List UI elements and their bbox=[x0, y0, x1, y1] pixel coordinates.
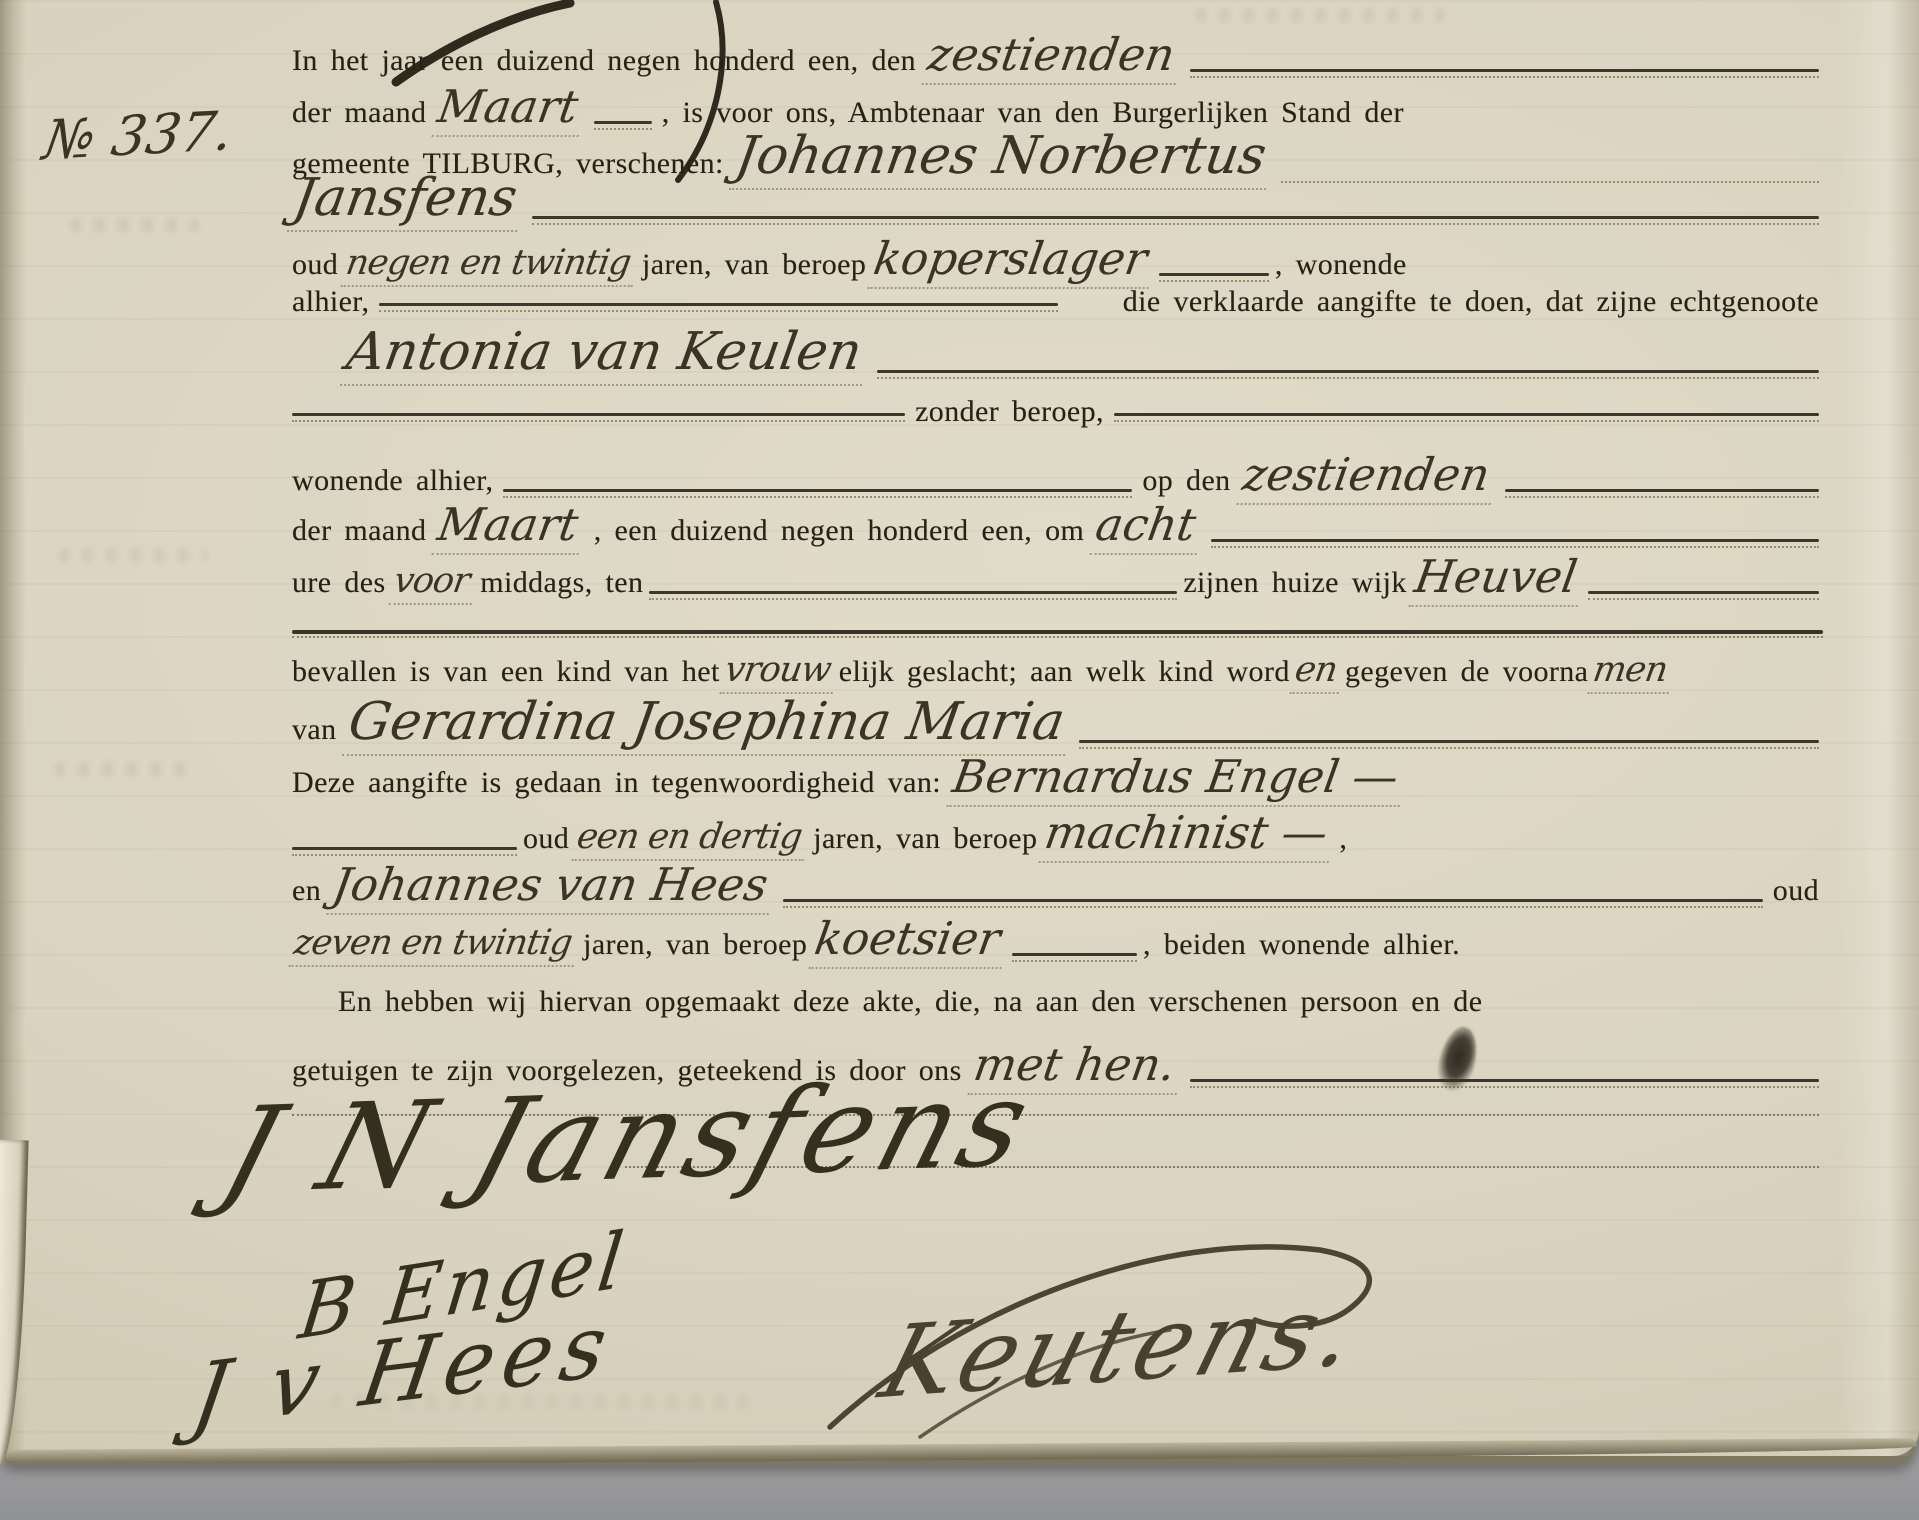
scanned-birth-register-page: № 337. In het jaar een duizend negen hon… bbox=[0, 0, 1919, 1520]
printed-text: Deze aangifte is gedaan in tegenwoordigh… bbox=[292, 766, 941, 800]
hw-day-of-registration: zestienden bbox=[921, 28, 1184, 85]
act-line-17: en Johannes van Hees oud bbox=[292, 858, 1819, 915]
hw-witness2-occupation: koetsier bbox=[809, 912, 1011, 969]
act-line-6: alhier, die verklaarde aangifte te doen,… bbox=[292, 285, 1819, 319]
ruled-line bbox=[783, 899, 1763, 908]
act-line-7: Antonia van Keulen bbox=[345, 322, 1819, 386]
printed-text: elijk geslacht; aan welk kind word bbox=[839, 655, 1290, 689]
printed-text: zonder beroep, bbox=[915, 395, 1104, 429]
act-line-10: der maand Maart , een duizend negen hond… bbox=[292, 498, 1819, 555]
ruled-line bbox=[1114, 413, 1819, 422]
hw-witness2-age: zeven en twintig bbox=[289, 923, 581, 967]
hw-mother-name: Antonia van Keulen bbox=[340, 322, 872, 386]
bleedthrough-smudge bbox=[70, 218, 200, 232]
bleedthrough-smudge bbox=[58, 548, 208, 562]
hw-word-ending: en bbox=[1289, 650, 1345, 694]
pen-dash bbox=[1012, 953, 1137, 962]
ruled-line bbox=[292, 413, 905, 422]
printed-text: , is voor ons, Ambtenaar van den Burgerl… bbox=[662, 96, 1404, 130]
printed-text: der maand bbox=[292, 96, 426, 130]
ruled-line bbox=[1505, 489, 1819, 498]
hw-witness1-name: Bernardus Engel — bbox=[946, 750, 1408, 807]
printed-text: , een duizend negen honderd een, om bbox=[594, 514, 1085, 548]
act-line-4: Jansfens bbox=[292, 168, 1819, 232]
printed-text: En hebben wij hiervan opgemaakt deze akt… bbox=[338, 985, 1482, 1019]
hw-birth-day: zestienden bbox=[1236, 448, 1499, 505]
act-line-11: ure des voor middags, ten zijnen huize w… bbox=[292, 550, 1819, 607]
act-line-18: zeven en twintig jaren, van beroep koets… bbox=[292, 912, 1819, 969]
ruled-line bbox=[379, 303, 1057, 312]
hw-daypart: voor bbox=[388, 561, 478, 605]
hw-child-sex: vrouw bbox=[719, 650, 839, 694]
act-line-15: Deze aangifte is gedaan in tegenwoordigh… bbox=[292, 750, 1819, 807]
printed-text: wonende alhier, bbox=[292, 464, 493, 498]
hw-witness1-occupation: machinist — bbox=[1039, 806, 1338, 863]
ruled-line bbox=[503, 489, 1132, 498]
printed-text: , bbox=[1339, 822, 1347, 856]
printed-text: jaren, van beroep bbox=[642, 248, 866, 282]
hw-declarant-occupation: koperslager bbox=[868, 232, 1158, 289]
ruled-line bbox=[1079, 740, 1819, 749]
ruled-line bbox=[1588, 591, 1819, 600]
act-line-5: oud negen en twintig jaren, van beroep k… bbox=[292, 232, 1819, 289]
printed-text: der maand bbox=[292, 514, 426, 548]
act-line-19: En hebben wij hiervan opgemaakt deze akt… bbox=[338, 985, 1819, 1019]
bleedthrough-smudge bbox=[54, 762, 194, 776]
printed-text: , beiden wonende alhier. bbox=[1143, 928, 1460, 962]
printed-text: jaren, van beroep bbox=[813, 822, 1037, 856]
printed-text: In het jaar een duizend negen honderd ee… bbox=[292, 44, 916, 78]
ruled-line bbox=[1190, 69, 1819, 78]
page-right-edge bbox=[1839, 0, 1919, 1456]
ruled-line bbox=[292, 847, 517, 856]
printed-text: , wonende bbox=[1275, 248, 1407, 282]
printed-text: oud bbox=[1773, 874, 1819, 908]
ruled-line bbox=[1190, 1079, 1819, 1088]
ruled-line bbox=[649, 591, 1177, 600]
hw-wijk-name: Heuvel bbox=[1408, 550, 1586, 607]
signature-witness2: J v Hees bbox=[187, 1301, 621, 1441]
hw-birth-hour: acht bbox=[1090, 498, 1206, 555]
bleedthrough-smudge bbox=[1195, 8, 1445, 22]
printed-text: die verklaarde aangifte te doen, dat zij… bbox=[1123, 285, 1819, 319]
act-number: № 337. bbox=[39, 99, 237, 172]
section-divider-rule bbox=[292, 630, 1823, 638]
act-line-13: bevallen is van een kind van het vrouw e… bbox=[292, 650, 1819, 694]
printed-text: oud bbox=[292, 248, 338, 282]
hw-declarant-age: negen en twintig bbox=[341, 243, 640, 287]
printed-text: ure des bbox=[292, 566, 386, 600]
act-line-14: van Gerardina Josephina Maria bbox=[292, 692, 1819, 756]
hw-witness2-name: Johannes van Hees bbox=[327, 858, 778, 915]
printed-text: jaren, van beroep bbox=[583, 928, 807, 962]
printed-text: zijnen huize wijk bbox=[1183, 566, 1406, 600]
printed-text: van bbox=[292, 713, 337, 747]
act-line-1: In het jaar een duizend negen honderd ee… bbox=[292, 28, 1819, 85]
signature-declarant: J N Jansfens bbox=[211, 1063, 1047, 1210]
act-line-8: zonder beroep, bbox=[292, 395, 1819, 429]
pen-dash bbox=[1159, 273, 1269, 282]
printed-text: en bbox=[292, 874, 321, 908]
printed-text: gegeven de voorna bbox=[1345, 655, 1588, 689]
hw-declarant-surname: Jansfens bbox=[287, 168, 527, 232]
ruled-line bbox=[877, 370, 1819, 379]
printed-text: bevallen is van een kind van het bbox=[292, 655, 720, 689]
hw-word-ending: men bbox=[1588, 650, 1676, 694]
printed-text: op den bbox=[1142, 464, 1230, 498]
register-page: № 337. In het jaar een duizend negen hon… bbox=[0, 0, 1919, 1456]
hw-birth-month: Maart bbox=[432, 498, 588, 555]
hw-witness1-age: een en dertig bbox=[572, 817, 811, 861]
ruled-line bbox=[1211, 539, 1819, 548]
act-line-16: oud een en dertig jaren, van beroep mach… bbox=[292, 806, 1819, 863]
hw-child-names: Gerardina Josephina Maria bbox=[341, 692, 1074, 756]
ruled-line bbox=[532, 216, 1819, 225]
printed-text: middags, ten bbox=[480, 566, 643, 600]
act-line-9: wonende alhier, op den zestienden bbox=[292, 448, 1819, 505]
printed-text: oud bbox=[523, 822, 569, 856]
printed-text: alhier, bbox=[292, 285, 369, 319]
